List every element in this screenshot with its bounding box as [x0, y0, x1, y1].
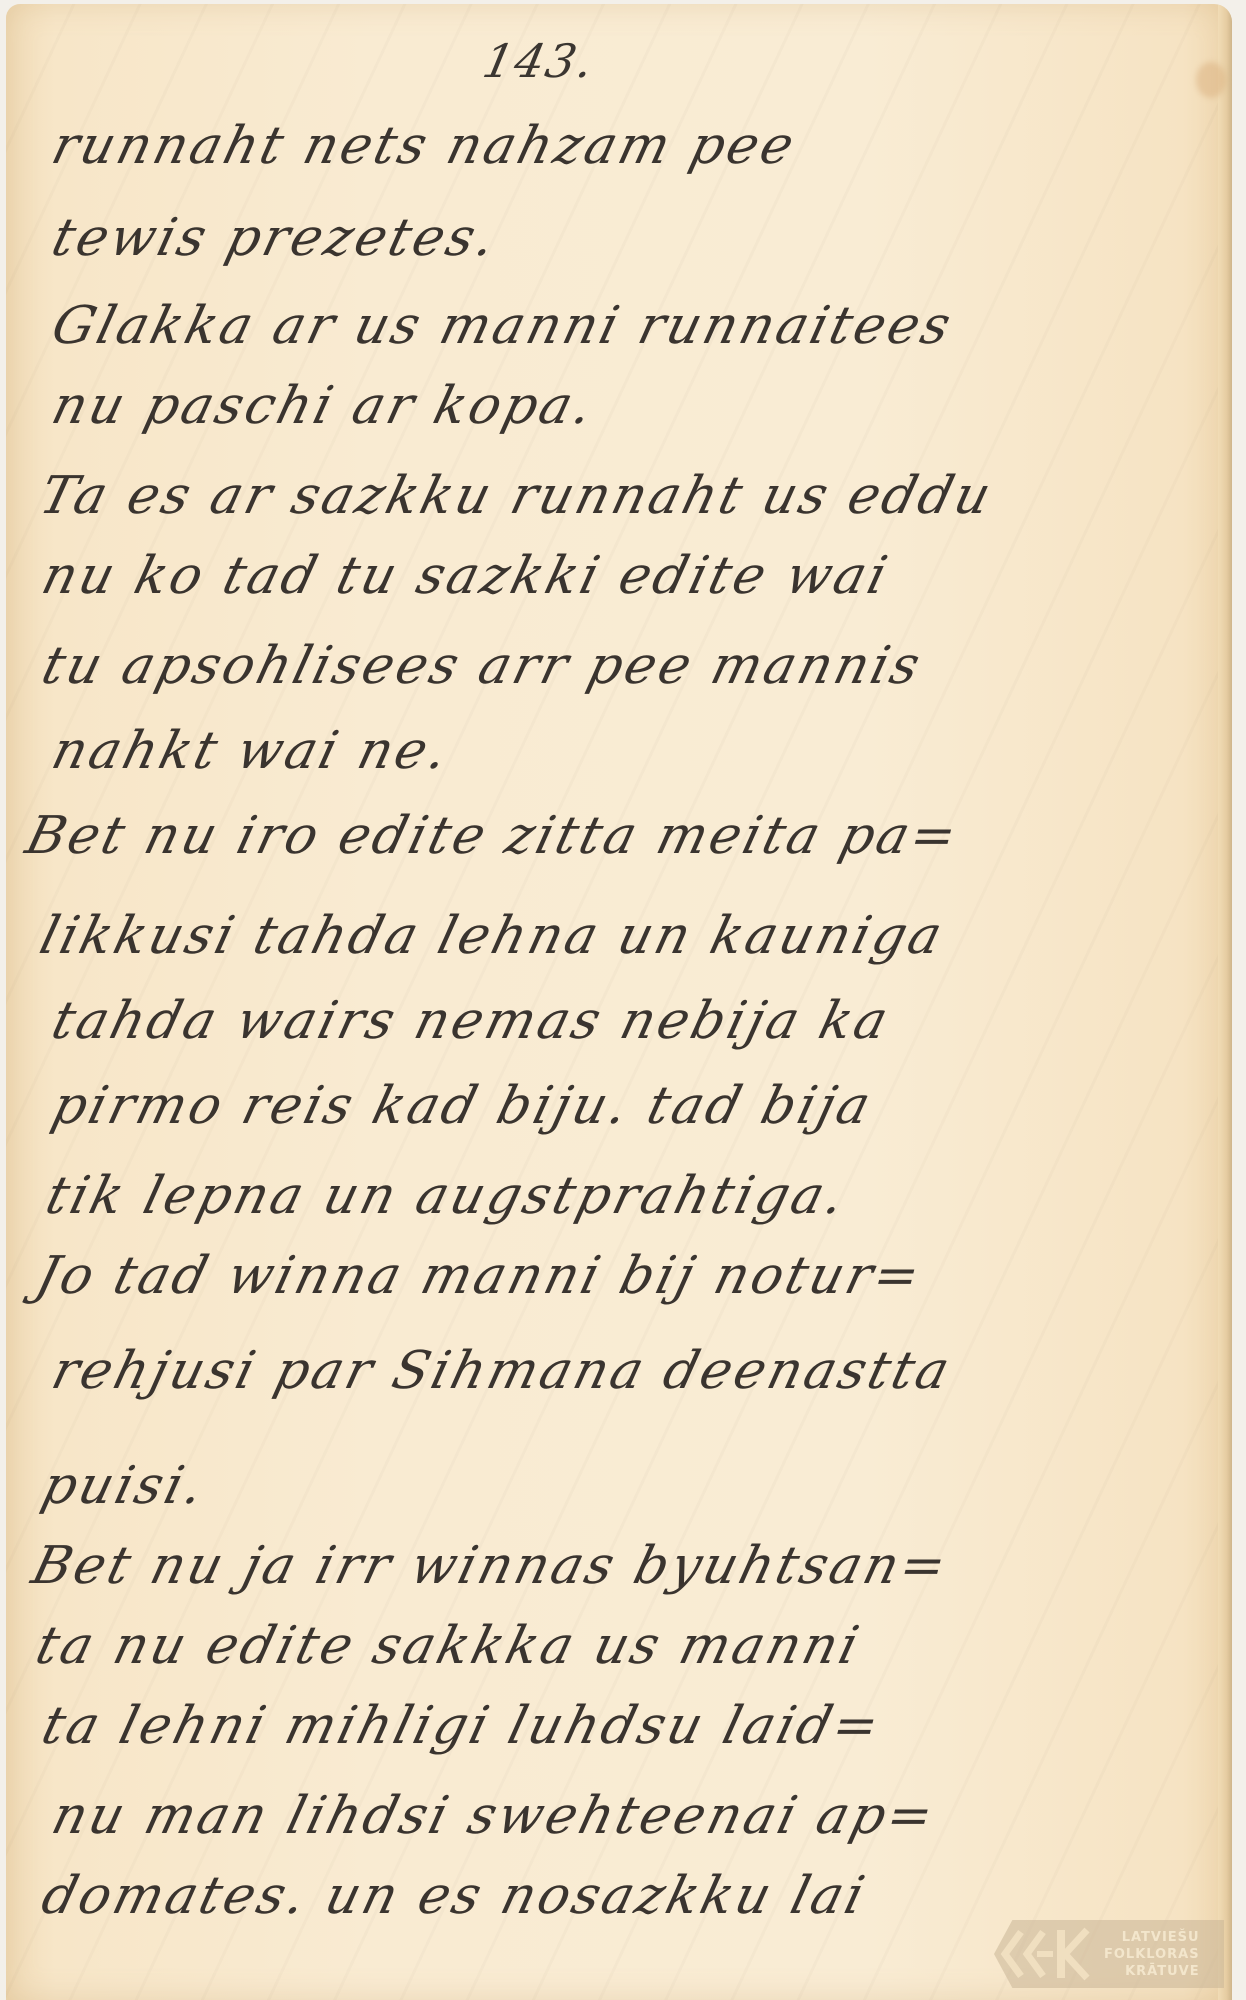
text-line-7: tu apsohlisees arr pee mannis [36, 636, 929, 696]
text-line-9: Bet nu iro edite zitta meita pa= [20, 806, 965, 866]
text-line-4: nu paschi ar kopa. [46, 376, 601, 436]
text-line-12: pirmo reis kad biju. tad bija [46, 1076, 879, 1136]
archive-name: LATVIEŠU FOLKLORAS KRĀTUVE [1104, 1929, 1210, 1980]
text-line-11: tahda wairs nemas nebija ka [46, 991, 897, 1051]
text-line-2: tewis prezetes. [46, 208, 504, 268]
text-line-5: Ta es ar sazkku runnaht us eddu [34, 466, 999, 526]
page-edge [1218, 4, 1232, 2000]
text-line-16: puisi. [36, 1456, 212, 1516]
text-line-18: ta nu edite sakkka us manni [30, 1616, 867, 1676]
archive-name-line-3: KRĀTUVE [1104, 1963, 1200, 1980]
manuscript-page: 143. runnaht nets nahzam pee tewis preze… [6, 4, 1232, 2000]
archive-name-line-2: FOLKLORAS [1104, 1946, 1200, 1963]
paper-stain [1196, 62, 1226, 98]
text-line-19: ta lehni mihligi luhdsu laid= [36, 1696, 888, 1756]
text-line-6: nu ko tad tu sazkki edite wai [36, 546, 896, 606]
archive-name-line-1: LATVIEŠU [1104, 1929, 1200, 1946]
page-number: 143. [478, 34, 600, 88]
text-line-3: Glakka ar us manni runnaitees [46, 296, 959, 356]
text-line-13: tik lepna un augstprahtiga. [40, 1166, 853, 1226]
text-line-1: runnaht nets nahzam pee [46, 116, 803, 176]
archive-watermark-logo: LATVIEŠU FOLKLORAS KRĀTUVE [994, 1920, 1224, 1988]
text-line-17: Bet nu ja irr winnas byuhtsan= [26, 1536, 955, 1596]
text-line-21: domates. un es nosazkku lai [36, 1866, 873, 1926]
text-line-10: likkusi tahda lehna un kauniga [34, 906, 951, 966]
lfk-chevron-logo-icon [994, 1920, 1104, 1988]
text-line-20: nu man lihdsi swehteenai ap= [46, 1786, 942, 1846]
text-line-8: nahkt wai ne. [46, 721, 456, 781]
text-line-15: rehjusi par Sihmana deenastta [46, 1341, 958, 1401]
text-line-14: Jo tad winna manni bij notur= [30, 1246, 929, 1306]
